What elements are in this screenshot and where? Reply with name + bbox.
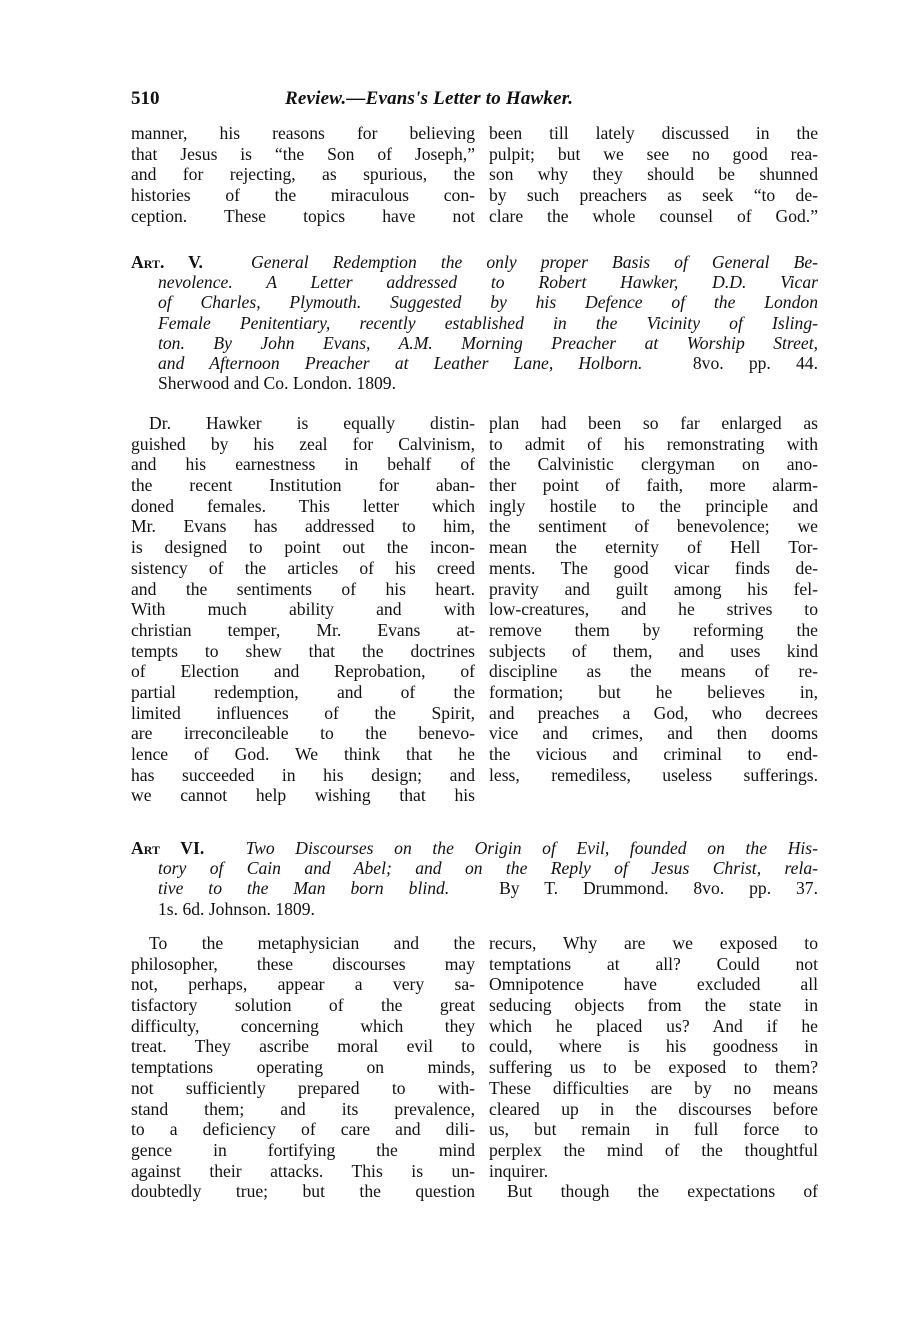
text-line: pulpit; but we see no good rea- xyxy=(489,144,818,165)
article-format: 8vo. pp. 44. xyxy=(693,353,818,373)
text-line: partial redemption, and of the xyxy=(131,682,475,703)
text-line: plan had been so far enlarged as xyxy=(489,413,818,434)
text-line: sistency of the articles of his creed xyxy=(131,558,475,579)
section3-right-column: recurs, Why are we exposed to temptation… xyxy=(489,933,818,1202)
text-line: to a deficiency of care and dili- xyxy=(131,1119,475,1140)
text-line: son why they should be shunned xyxy=(489,164,818,185)
text-line: has succeeded in his design; and xyxy=(131,765,475,786)
text-line: To the metaphysician and the xyxy=(131,933,475,954)
text-line: Dr. Hawker is equally distin- xyxy=(131,413,475,434)
text-line: which he placed us? And if he xyxy=(489,1016,818,1037)
page-number: 510 xyxy=(131,88,160,110)
text-line: ception. These topics have not xyxy=(131,206,475,227)
text-line: lence of God. We think that he xyxy=(131,744,475,765)
text-line: With much ability and with xyxy=(131,599,475,620)
article-author-format: By T. Drummond. 8vo. pp. 37. xyxy=(499,878,818,898)
text-line: the recent Institution for aban- xyxy=(131,475,475,496)
section2-left-column: Dr. Hawker is equally distin- guished by… xyxy=(131,413,475,806)
text-line: temptations operating on minds, xyxy=(131,1057,475,1078)
text-line: difficulty, concerning which they xyxy=(131,1016,475,1037)
text-line: christian temper, Mr. Evans at- xyxy=(131,620,475,641)
text-line: temptations at all? Could not xyxy=(489,954,818,975)
text-line: treat. They ascribe moral evil to xyxy=(131,1036,475,1057)
text-line: These difficulties are by no means xyxy=(489,1078,818,1099)
text-line: by such preachers as seek “to de- xyxy=(489,185,818,206)
text-line: and the sentiments of his heart. xyxy=(131,579,475,600)
text-line: gence in fortifying the mind xyxy=(131,1140,475,1161)
running-head: Review.—Evans's Letter to Hawker. xyxy=(285,88,573,110)
text-line: low-creatures, and he strives to xyxy=(489,599,818,620)
article-publisher: Sherwood and Co. London. 1809. xyxy=(158,373,396,393)
text-line: ther point of faith, more alarm- xyxy=(489,475,818,496)
text-line: cleared up in the discourses before xyxy=(489,1099,818,1120)
text-line: subjects of them, and uses kind xyxy=(489,641,818,662)
text-line: could, where is his goodness in xyxy=(489,1036,818,1057)
text-line: ments. The good vicar finds de- xyxy=(489,558,818,579)
article-title-line: of Charles, Plymouth. Suggested by his D… xyxy=(158,292,818,312)
text-line: not sufficiently prepared to with- xyxy=(131,1078,475,1099)
text-line: tempts to shew that the doctrines xyxy=(131,641,475,662)
text-line: and preaches a God, who decrees xyxy=(489,703,818,724)
article-title-line: nevolence. A Letter addressed to Robert … xyxy=(158,272,818,292)
section1-right-column: been till lately discussed in the pulpit… xyxy=(489,123,818,226)
text-line: us, but remain in full force to xyxy=(489,1119,818,1140)
text-line: against their attacks. This is un- xyxy=(131,1161,475,1182)
text-line: But though the expectations of xyxy=(489,1181,818,1202)
text-line: not, perhaps, appear a very sa- xyxy=(131,974,475,995)
text-line: that Jesus is “the Son of Joseph,” xyxy=(131,144,475,165)
section2-right-column: plan had been so far enlarged as to admi… xyxy=(489,413,818,785)
article-title-line: Two Discourses on the Origin of Evil, fo… xyxy=(246,838,818,858)
text-line: Omnipotence have excluded all xyxy=(489,974,818,995)
text-line: is designed to point out the incon- xyxy=(131,537,475,558)
article-6-heading: Art VI. Two Discourses on the Origin of … xyxy=(131,838,818,919)
text-line: discipline as the means of re- xyxy=(489,661,818,682)
text-line: clare the whole counsel of God.” xyxy=(489,206,818,227)
section1-left-column: manner, his reasons for believing that J… xyxy=(131,123,475,226)
text-line: manner, his reasons for believing xyxy=(131,123,475,144)
text-line: Mr. Evans has addressed to him, xyxy=(131,516,475,537)
text-line: the vicious and criminal to end- xyxy=(489,744,818,765)
text-line: to admit of his remonstrating with xyxy=(489,434,818,455)
text-line: limited influences of the Spirit, xyxy=(131,703,475,724)
article-title-line: tive to the Man born blind. xyxy=(158,878,449,898)
text-line: doned females. This letter which xyxy=(131,496,475,517)
text-line: the Calvinistic clergyman on ano- xyxy=(489,454,818,475)
text-line: less, remediless, useless sufferings. xyxy=(489,765,818,786)
text-line: inquirer. xyxy=(489,1161,818,1182)
text-line: been till lately discussed in the xyxy=(489,123,818,144)
text-line: and for rejecting, as spurious, the xyxy=(131,164,475,185)
text-line: suffering us to be exposed to them? xyxy=(489,1057,818,1078)
text-line: are irreconcileable to the benevo- xyxy=(131,723,475,744)
article-title-line: General Redemption the only proper Basis… xyxy=(251,252,818,272)
text-line: we cannot help wishing that his xyxy=(131,785,475,806)
article-title-line: and Afternoon Preacher at Leather Lane, … xyxy=(158,353,642,373)
article-label: Art. V. xyxy=(131,252,203,272)
text-line: tisfactory solution of the great xyxy=(131,995,475,1016)
text-line: and his earnestness in behalf of xyxy=(131,454,475,475)
text-line: vice and crimes, and then dooms xyxy=(489,723,818,744)
text-line: guished by his zeal for Calvinism, xyxy=(131,434,475,455)
text-line: doubtedly true; but the question xyxy=(131,1181,475,1202)
article-label: Art VI. xyxy=(131,838,204,858)
section3-left-column: To the metaphysician and the philosopher… xyxy=(131,933,475,1202)
text-line: pravity and guilt among his fel- xyxy=(489,579,818,600)
article-5-heading: Art. V. General Redemption the only prop… xyxy=(131,252,818,393)
article-publisher: 1s. 6d. Johnson. 1809. xyxy=(158,899,315,919)
text-line: histories of the miraculous con- xyxy=(131,185,475,206)
text-line: of Election and Reprobation, of xyxy=(131,661,475,682)
text-line: stand them; and its prevalence, xyxy=(131,1099,475,1120)
article-title-line: ton. By John Evans, A.M. Morning Preache… xyxy=(158,333,818,353)
text-line: mean the eternity of Hell Tor- xyxy=(489,537,818,558)
text-line: formation; but he believes in, xyxy=(489,682,818,703)
text-line: seducing objects from the state in xyxy=(489,995,818,1016)
text-line: perplex the mind of the thoughtful xyxy=(489,1140,818,1161)
article-title-line: Female Penitentiary, recently establishe… xyxy=(158,313,818,333)
text-line: philosopher, these discourses may xyxy=(131,954,475,975)
article-title-line: tory of Cain and Abel; and on the Reply … xyxy=(158,858,818,878)
text-line: the sentiment of benevolence; we xyxy=(489,516,818,537)
text-line: recurs, Why are we exposed to xyxy=(489,933,818,954)
text-line: ingly hostile to the principle and xyxy=(489,496,818,517)
text-line: remove them by reforming the xyxy=(489,620,818,641)
